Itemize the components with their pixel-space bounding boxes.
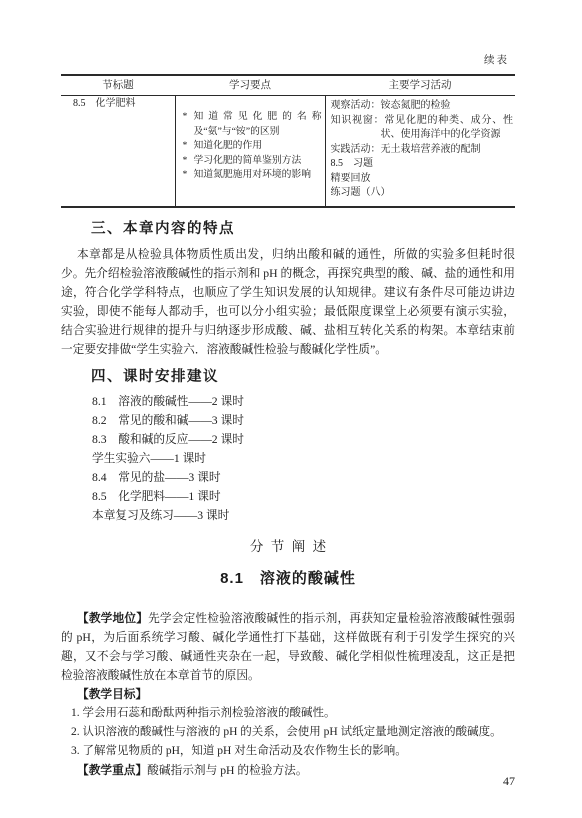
objectives-list: 1. 学会用石蕊和酚酞两种指示剂检验溶液的酸碱性。 2. 认识溶液的酸碱性与溶液… xyxy=(61,704,515,761)
learning-point: *学习化肥的简单鉴别方法 xyxy=(181,154,322,169)
schedule-list: 8.1 溶液的酸碱性——2 课时 8.2 常见的酸和碱——3 课时 8.3 酸和… xyxy=(61,392,515,525)
table-header-row: 节标题 学习要点 主要学习活动 xyxy=(61,75,515,96)
activity-item: 观察活动：铵态氮肥的检验 xyxy=(331,99,514,114)
objective-item: 1. 学会用石蕊和酚酞两种指示剂检验溶液的酸碱性。 xyxy=(71,704,515,723)
activity-item: 练习题（八） xyxy=(331,186,514,201)
learning-point-text: 学习化肥的简单鉴别方法 xyxy=(194,155,302,166)
document-page: 续表 节标题 学习要点 主要学习活动 8.5 化学肥料 *知道常见化肥的名称及“… xyxy=(0,0,582,818)
cell-main-activities: 观察活动：铵态氮肥的检验 知识视窗：常见化肥的种类、成分、性状、使用海洋中的化学… xyxy=(325,96,515,207)
activity-item: 知识视窗：常见化肥的种类、成分、性状、使用海洋中的化学资源 xyxy=(331,114,514,143)
page-number: 47 xyxy=(503,774,515,788)
schedule-item: 学生实验六——1 课时 xyxy=(92,449,515,468)
objective-item: 2. 认识溶液的酸碱性与溶液的 pH 的关系，会使用 pH 试纸定量地测定溶液的… xyxy=(71,723,515,742)
part-title-sectional-elaboration: 分节阐述 xyxy=(61,538,515,556)
schedule-item: 8.1 溶液的酸碱性——2 课时 xyxy=(92,392,515,411)
teaching-position-label: 【教学地位】 xyxy=(77,612,148,625)
activity-item: 8.5 习题 xyxy=(331,157,514,172)
section-title-text: 8.5 化学肥料 xyxy=(73,97,174,112)
schedule-item: 8.2 常见的酸和碱——3 课时 xyxy=(92,411,515,430)
learning-point: *知道化肥的作用 xyxy=(181,139,322,154)
learning-point-text: 知道化肥的作用 xyxy=(194,140,263,151)
schedule-item: 8.5 化学肥料——1 课时 xyxy=(92,487,515,506)
key-point-text: 酸碱指示剂与 pH 的检验方法。 xyxy=(147,764,307,777)
cell-section-title: 8.5 化学肥料 xyxy=(61,96,175,207)
key-point-paragraph: 【教学重点】酸碱指示剂与 pH 的检验方法。 xyxy=(61,761,515,780)
schedule-item: 8.3 酸和碱的反应——2 课时 xyxy=(92,430,515,449)
objectives-label: 【教学目标】 xyxy=(77,685,515,704)
table-continued-label: 续表 xyxy=(61,54,515,68)
objective-item: 3. 了解常见物质的 pH，知道 pH 对生命活动及农作物生长的影响。 xyxy=(71,742,515,761)
activity-item: 实践活动：无土栽培营养液的配制 xyxy=(331,143,514,158)
learning-point-text: 知道常见化肥的名称及“氨”与“铵”的区别 xyxy=(194,111,322,137)
heading-schedule-suggestion: 四、课时安排建议 xyxy=(91,368,515,387)
teaching-position-paragraph: 【教学地位】先学会定性检验溶液酸碱性的指示剂，再获知定量检验溶液酸碱性强弱的 p… xyxy=(61,609,515,685)
section-heading-8-1: 8.1 溶液的酸碱性 xyxy=(61,569,515,589)
bullet-asterisk: * xyxy=(183,110,188,125)
chapter-features-paragraph: 本章都是从检验具体物质性质出发，归纳出酸和碱的通性，所做的实验多但耗时很少。先介… xyxy=(61,245,515,359)
column-header-main-activities: 主要学习活动 xyxy=(325,75,515,96)
bullet-asterisk: * xyxy=(183,154,188,169)
column-header-learning-points: 学习要点 xyxy=(175,75,325,96)
activity-item: 精要回放 xyxy=(331,172,514,187)
learning-activities-table: 节标题 学习要点 主要学习活动 8.5 化学肥料 *知道常见化肥的名称及“氨”与… xyxy=(61,74,515,208)
learning-point: *知道氮肥施用对环境的影响 xyxy=(181,168,322,183)
heading-chapter-features: 三、本章内容的特点 xyxy=(91,220,515,239)
bullet-asterisk: * xyxy=(183,168,188,183)
cell-learning-points: *知道常见化肥的名称及“氨”与“铵”的区别 *知道化肥的作用 *学习化肥的简单鉴… xyxy=(175,96,325,207)
schedule-item: 8.4 常见的盐——3 课时 xyxy=(92,468,515,487)
column-header-section-title: 节标题 xyxy=(61,75,175,96)
key-point-label: 【教学重点】 xyxy=(77,764,147,777)
table-row: 8.5 化学肥料 *知道常见化肥的名称及“氨”与“铵”的区别 *知道化肥的作用 … xyxy=(61,96,515,207)
learning-point-text: 知道氮肥施用对环境的影响 xyxy=(194,169,312,180)
schedule-item: 本章复习及练习——3 课时 xyxy=(92,506,515,525)
bullet-asterisk: * xyxy=(183,139,188,154)
learning-point: *知道常见化肥的名称及“氨”与“铵”的区别 xyxy=(181,110,322,139)
